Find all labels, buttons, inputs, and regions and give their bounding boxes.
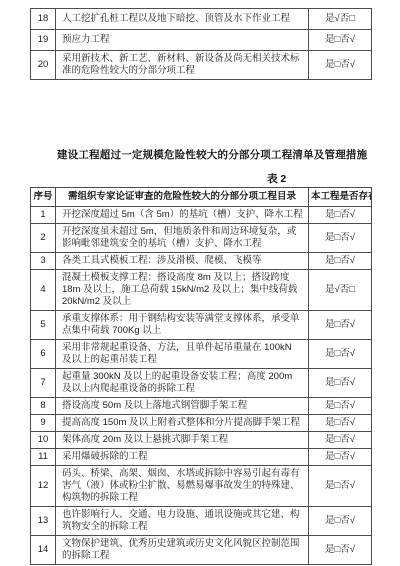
row-item-text: 预应力工程 — [56, 30, 309, 51]
table-row: 2开挖深度虽未超过 5m，但地质条件和周边环境复杂，或影响毗邻建筑安全的基坑（槽… — [31, 224, 372, 253]
row-number: 8 — [31, 398, 56, 415]
row-status-checkboxes: 是□否√ — [309, 30, 372, 51]
row-status-checkboxes: 是□否√ — [309, 369, 372, 398]
previous-table-continuation: 18人工挖扩孔桩工程以及地下暗挖、顶管及水下作业工程是√否□19预应力工程是□否… — [30, 8, 372, 80]
row-number: 11 — [31, 449, 56, 466]
table-2-body: 1开挖深度超过 5m（含 5m）的基坑（槽）支护、降水工程是□否√2开挖深度虽未… — [31, 207, 372, 565]
row-status-checkboxes: 是□否√ — [309, 449, 372, 466]
row-status-checkboxes: 是□否√ — [309, 224, 372, 253]
row-item-text: 各类工具式模板工程：涉及滑模、爬模、飞模等 — [56, 253, 309, 270]
table-row: 6采用非常规起重设备、方法，且单件起吊重量在 100kN 及以上的起重吊装工程是… — [31, 340, 372, 369]
row-status-checkboxes: 是□否√ — [309, 51, 372, 80]
row-item-text: 采用新技术、新工艺、新材料、新设备及尚无相关技术标准的危险性较大的分部分项工程 — [56, 51, 309, 80]
row-item-text: 文物保护建筑、优秀历史建筑或历史文化风貌区控制范围的拆除工程 — [56, 536, 309, 565]
row-item-text: 承重支撑体系：用于钢结构安装等满堂支撑体系，承受单点集中荷载 700Kg 以上 — [56, 311, 309, 340]
row-number: 13 — [31, 507, 56, 536]
header-no: 序号 — [31, 188, 56, 207]
row-item-text: 人工挖扩孔桩工程以及地下暗挖、顶管及水下作业工程 — [56, 9, 309, 30]
row-number: 14 — [31, 536, 56, 565]
row-status-checkboxes: 是□否√ — [309, 432, 372, 449]
row-status-checkboxes: 是□否√ — [309, 415, 372, 432]
row-status-checkboxes: 是□否√ — [309, 507, 372, 536]
row-number: 2 — [31, 224, 56, 253]
row-status-checkboxes: 是√否□ — [309, 9, 372, 30]
row-item-text: 采用爆破拆除的工程 — [56, 449, 309, 466]
row-number: 4 — [31, 270, 56, 311]
table-2-header: 序号 需组织专家论证审查的危险性较大的分部分项工程目录 本工程是否存在 — [31, 188, 372, 207]
table-row: 18人工挖扩孔桩工程以及地下暗挖、顶管及水下作业工程是√否□ — [31, 9, 372, 30]
row-status-checkboxes: 是□否√ — [309, 398, 372, 415]
row-number: 18 — [31, 9, 56, 30]
row-status-checkboxes: 是□否√ — [309, 311, 372, 340]
row-item-text: 开挖深度虽未超过 5m，但地质条件和周边环境复杂，或影响毗邻建筑安全的基坑（槽）… — [56, 224, 309, 253]
section-title: 建设工程超过一定规模危险性较大的分部分项工程清单及管理措施 — [57, 147, 367, 162]
row-item-text: 提高高度 150m 及以上附着式整体和分片提高脚手架工程 — [56, 415, 309, 432]
row-item-text: 开挖深度超过 5m（含 5m）的基坑（槽）支护、降水工程 — [56, 207, 309, 224]
row-status-checkboxes: 是□否√ — [309, 207, 372, 224]
table-row: 9提高高度 150m 及以上附着式整体和分片提高脚手架工程是□否√ — [31, 415, 372, 432]
row-number: 3 — [31, 253, 56, 270]
row-item-text: 也许影响行人、交通、电力设施、通讯设施或其它建、构筑物安全的拆除工程 — [56, 507, 309, 536]
row-number: 12 — [31, 466, 56, 507]
row-number: 1 — [31, 207, 56, 224]
row-item-text: 采用非常规起重设备、方法，且单件起吊重量在 100kN 及以上的起重吊装工程 — [56, 340, 309, 369]
table-header-row: 序号 需组织专家论证审查的危险性较大的分部分项工程目录 本工程是否存在 — [31, 188, 372, 207]
row-item-text: 搭设高度 50m 及以上落地式钢管脚手架工程 — [56, 398, 309, 415]
row-item-text: 混凝土模板支撑工程：搭设高度 8m 及以上；搭设跨度 18m 及以上，施工总荷载… — [56, 270, 309, 311]
table-row: 4混凝土模板支撑工程：搭设高度 8m 及以上；搭设跨度 18m 及以上，施工总荷… — [31, 270, 372, 311]
row-number: 6 — [31, 340, 56, 369]
table-row: 12码头、桥梁、高架、烟囱、水塔或拆除中容易引起有毒有害气（液）体或粉尘扩散、易… — [31, 466, 372, 507]
header-status: 本工程是否存在 — [309, 188, 372, 207]
row-status-checkboxes: 是□否√ — [309, 466, 372, 507]
table-row: 5承重支撑体系：用于钢结构安装等满堂支撑体系，承受单点集中荷载 700Kg 以上… — [31, 311, 372, 340]
table-row: 13也许影响行人、交通、电力设施、通讯设施或其它建、构筑物安全的拆除工程是□否√ — [31, 507, 372, 536]
top-table-body: 18人工挖扩孔桩工程以及地下暗挖、顶管及水下作业工程是√否□19预应力工程是□否… — [31, 9, 372, 80]
row-item-text: 架体高度 20m 及以上悬挑式脚手架工程 — [56, 432, 309, 449]
row-item-text: 起重量 300kN 及以上的起重设备安装工程；高度 200m 及以上内爬起重设备… — [56, 369, 309, 398]
row-item-text: 码头、桥梁、高架、烟囱、水塔或拆除中容易引起有毒有害气（液）体或粉尘扩散、易燃易… — [56, 466, 309, 507]
table-row: 7起重量 300kN 及以上的起重设备安装工程；高度 200m 及以上内爬起重设… — [31, 369, 372, 398]
row-number: 5 — [31, 311, 56, 340]
table-2: 序号 需组织专家论证审查的危险性较大的分部分项工程目录 本工程是否存在 1开挖深… — [30, 187, 372, 565]
table-2-label: 表 2 — [267, 171, 286, 186]
table-row: 20采用新技术、新工艺、新材料、新设备及尚无相关技术标准的危险性较大的分部分项工… — [31, 51, 372, 80]
row-status-checkboxes: 是□否√ — [309, 536, 372, 565]
row-number: 20 — [31, 51, 56, 80]
row-number: 10 — [31, 432, 56, 449]
document-page: 18人工挖扩孔桩工程以及地下暗挖、顶管及水下作业工程是√否□19预应力工程是□否… — [0, 0, 400, 566]
row-status-checkboxes: 是□否√ — [309, 340, 372, 369]
row-status-checkboxes: 是√否□ — [309, 270, 372, 311]
table-row: 11采用爆破拆除的工程是□否√ — [31, 449, 372, 466]
table-row: 1开挖深度超过 5m（含 5m）的基坑（槽）支护、降水工程是□否√ — [31, 207, 372, 224]
row-number: 19 — [31, 30, 56, 51]
table-row: 14文物保护建筑、优秀历史建筑或历史文化风貌区控制范围的拆除工程是□否√ — [31, 536, 372, 565]
row-number: 9 — [31, 415, 56, 432]
table-row: 19预应力工程是□否√ — [31, 30, 372, 51]
header-item: 需组织专家论证审查的危险性较大的分部分项工程目录 — [56, 188, 309, 207]
table-row: 10架体高度 20m 及以上悬挑式脚手架工程是□否√ — [31, 432, 372, 449]
row-status-checkboxes: 是□否√ — [309, 253, 372, 270]
table-row: 8搭设高度 50m 及以上落地式钢管脚手架工程是□否√ — [31, 398, 372, 415]
row-number: 7 — [31, 369, 56, 398]
table-row: 3各类工具式模板工程：涉及滑模、爬模、飞模等是□否√ — [31, 253, 372, 270]
